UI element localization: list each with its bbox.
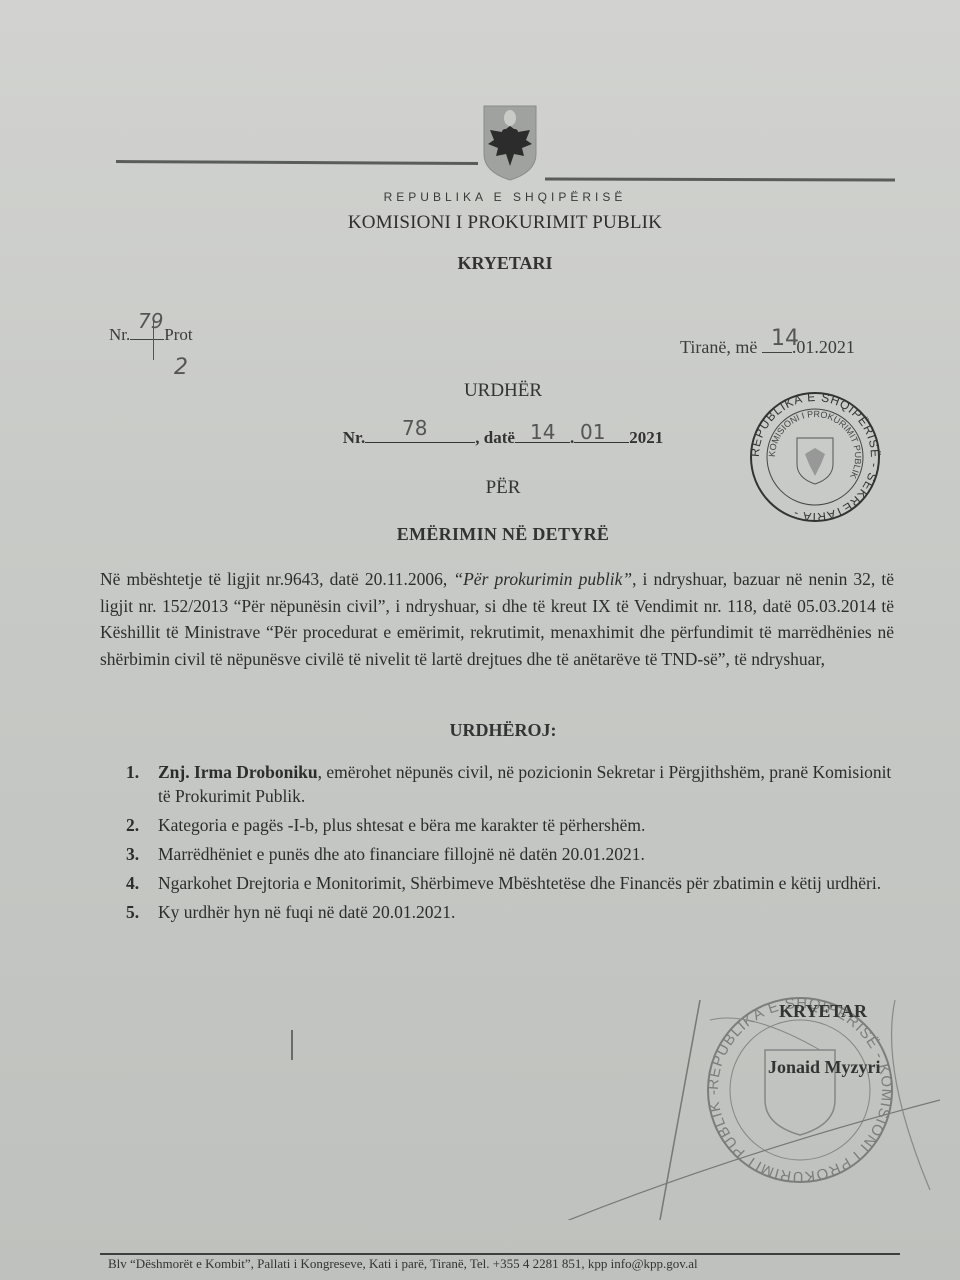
- order-heading: URDHËROJ:: [0, 720, 960, 741]
- list-number: 5.: [126, 900, 139, 924]
- list-item: 2. Kategoria e pagës -I-b, plus shtesat …: [122, 813, 902, 837]
- list-text: Ky urdhër hyn në fuqi në datë 20.01.2021…: [158, 902, 455, 922]
- appointee-name: Znj. Irma Droboniku: [158, 762, 318, 782]
- list-number: 2.: [126, 813, 139, 837]
- order-list: 1. Znj. Irma Droboniku, emërohet nëpunës…: [122, 760, 902, 924]
- order-date-label: , datë: [475, 428, 515, 447]
- office-name: KRYETARI: [0, 253, 960, 274]
- secretariat-stamp-icon: REPUBLIKA E SHQIPËRISË - SEKRETARIA - KO…: [745, 390, 885, 525]
- protocol-nr-label: Nr.: [109, 325, 130, 344]
- list-number: 1.: [126, 760, 139, 784]
- order-nr-label: Nr.: [343, 428, 366, 447]
- albanian-eagle-crest-icon: [480, 102, 540, 182]
- preamble-paragraph: Në mbështetje të ligjit nr.9643, datë 20…: [100, 566, 894, 672]
- margin-mark: [291, 1030, 293, 1060]
- handwritten-day: 14: [771, 326, 799, 351]
- preamble-text-1: Në mbështetje të ligjit nr.9643, datë 20…: [100, 569, 453, 589]
- signatory-name: Jonaid Myzyri: [768, 1057, 881, 1078]
- document-page: REPUBLIKA E SHQIPËRISË KOMISIONI I PROKU…: [0, 0, 960, 1280]
- list-item: 1. Znj. Irma Droboniku, emërohet nëpunës…: [122, 760, 902, 808]
- handwritten-stroke: [153, 318, 154, 360]
- footer-address: Blv “Dëshmorët e Kombit”, Pallati i Kong…: [108, 1256, 908, 1272]
- country-name: REPUBLIKA E SHQIPËRISË: [0, 190, 960, 204]
- handwritten-order-nr: 78: [402, 416, 427, 440]
- law-title: “Për prokurimin publik”: [453, 569, 632, 589]
- handwritten-order-day: 14: [530, 420, 555, 444]
- list-number: 4.: [126, 871, 139, 895]
- handwritten-protocol-nr: 79: [138, 309, 163, 333]
- place-date-suffix: .01.2021: [792, 337, 855, 357]
- order-year: 2021: [629, 428, 663, 447]
- protocol-prot-label: Prot: [164, 325, 192, 344]
- list-item: 3. Marrëdhëniet e punës dhe ato financia…: [122, 842, 902, 866]
- place-date-prefix: Tiranë, më: [680, 337, 757, 357]
- signature-scribble: [560, 990, 940, 1220]
- header-rule-left: [116, 160, 478, 165]
- list-item: 5. Ky urdhër hyn në fuqi në datë 20.01.2…: [122, 900, 902, 924]
- list-text: Marrëdhëniet e punës dhe ato financiare …: [158, 844, 645, 864]
- list-item: 4. Ngarkohet Drejtoria e Monitorimit, Sh…: [122, 871, 902, 895]
- signatory-title: KRYETAR: [779, 1001, 867, 1022]
- list-number: 3.: [126, 842, 139, 866]
- handwritten-protocol-sub: 2: [174, 355, 188, 380]
- place-date: Tiranë, më .01.2021: [680, 337, 855, 358]
- institution-name: KOMISIONI I PROKURIMIT PUBLIK: [0, 212, 960, 234]
- subject-heading: EMËRIMIN NË DETYRË: [0, 524, 960, 545]
- list-text: Ngarkohet Drejtoria e Monitorimit, Shërb…: [158, 873, 881, 893]
- handwritten-order-month: 01: [580, 420, 605, 444]
- list-text: Kategoria e pagës -I-b, plus shtesat e b…: [158, 815, 645, 835]
- footer-rule: [100, 1253, 900, 1255]
- header-rule-right: [545, 178, 895, 182]
